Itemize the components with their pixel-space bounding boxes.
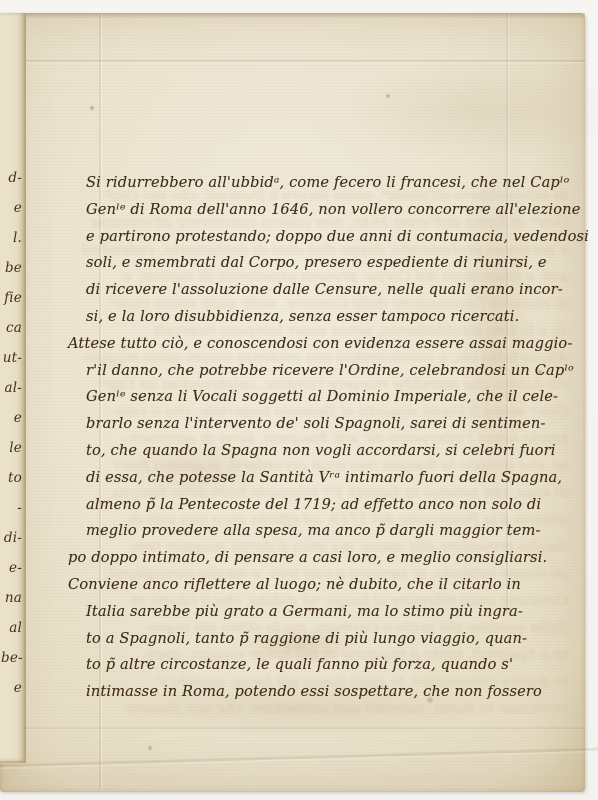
edge-text-fragment: al	[1, 613, 22, 643]
manuscript-line: to p̃ altre circostanze, le quali fanno …	[86, 652, 574, 679]
manuscript-line: r'il danno, che potrebbe ricevere l'Ordi…	[86, 358, 574, 385]
edge-text-fragment: e-	[1, 553, 22, 583]
manuscript-line: di essa, che potesse la Santità Vʳᵃ inti…	[86, 465, 574, 492]
manuscript-line: Conviene anco riflettere al luogo; nè du…	[68, 572, 574, 599]
manuscript-line: almeno p̃ la Pentecoste del 1719; ad eff…	[86, 492, 574, 519]
edge-text-fragment: l.	[1, 223, 22, 253]
manuscript-line: e partirono protestando; doppo due anni …	[86, 224, 574, 251]
edge-text-fragment: to	[1, 463, 22, 493]
edge-text-fragment: -	[1, 493, 22, 523]
edge-text-fragment: e	[1, 673, 22, 703]
manuscript-line: brarlo senza l'intervento de' soli Spagn…	[86, 411, 574, 438]
edge-text-fragments: d- e l. be fie ca ut- al- e le to - di- …	[1, 163, 22, 703]
manuscript-line: si, e la loro disubbidienza, senza esser…	[86, 304, 574, 331]
edge-text-fragment: d-	[1, 163, 22, 193]
edge-text-fragment: al-	[1, 373, 22, 403]
manuscript-line: po doppo intimato, di pensare a casi lor…	[68, 545, 574, 572]
manuscript-line: Italia sarebbe più grato a Germani, ma l…	[86, 599, 574, 626]
edge-text-fragment: na	[1, 583, 22, 613]
edge-text-fragment: e	[1, 193, 22, 223]
manuscript-line: soli, e smembrati dal Corpo, presero esp…	[86, 250, 574, 277]
manuscript-line: to, che quando la Spagna non vogli accor…	[86, 438, 574, 465]
edge-text-fragment: di-	[1, 523, 22, 553]
manuscript-line: Genˡᵉ senza li Vocali soggetti al Domini…	[86, 384, 574, 411]
edge-text-fragment: fie	[1, 283, 22, 313]
manuscript-line: meglio provedere alla spesa, ma anco p̃ …	[86, 518, 574, 545]
edge-text-fragment: be	[1, 253, 22, 283]
manuscript-line: Genˡᵉ di Roma dell'anno 1646, non voller…	[86, 197, 574, 224]
manuscript-line: Si ridurrebbero all'ubbidᵃ, come fecero …	[86, 170, 574, 197]
edge-text-fragment: le	[1, 433, 22, 463]
manuscript-line: intimasse in Roma, potendo essi sospetta…	[86, 679, 574, 706]
scan-background: Si ridurrebbero all'ubbidᵃ, come fecero …	[0, 0, 598, 800]
edge-text-fragment: ca	[1, 313, 22, 343]
manuscript-line: Attese tutto ciò, e conoscendosi con evi…	[68, 331, 574, 358]
edge-text-fragment: e	[1, 403, 22, 433]
edge-text-fragment: be-	[1, 643, 22, 673]
manuscript-line: to a Spagnoli, tanto p̃ raggione di più …	[86, 626, 574, 653]
manuscript-text-block: Si ridurrebbero all'ubbidᵃ, come fecero …	[86, 170, 574, 706]
manuscript-line: di ricevere l'assoluzione dalle Censure,…	[86, 277, 574, 304]
edge-text-fragment: ut-	[1, 343, 22, 373]
